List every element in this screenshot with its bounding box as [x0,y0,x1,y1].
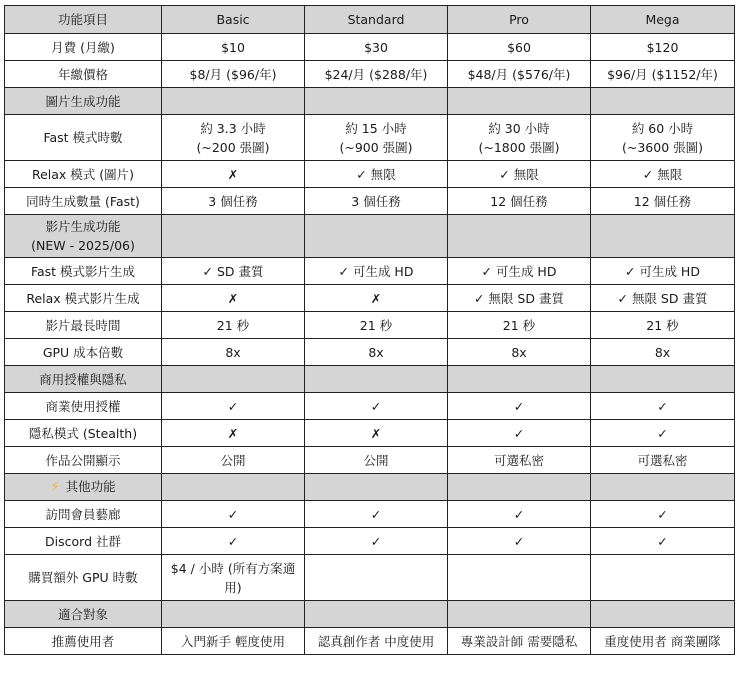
row-label: 推薦使用者 [5,628,162,655]
cell-main: 約 60 小時 [595,119,730,138]
table-row-max-video-length: 影片最長時間 21 秒 21 秒 21 秒 21 秒 [5,312,735,339]
section-empty-cell [448,601,591,628]
section-empty-cell [448,88,591,115]
section-empty-cell [591,366,735,393]
cell-mega: 重度使用者 商業團隊 [591,628,735,655]
section-title: 影片生成功能 [9,217,157,236]
plan-comparison-table: 功能項目 Basic Standard Pro Mega 月費 (月繳) $10… [4,5,735,655]
table-row-extra-gpu-hours: 購買額外 GPU 時數 $4 / 小時 (所有方案適用) [5,555,735,601]
cell-mega: 12 個任務 [591,188,735,215]
table-row-stealth-mode: 隱私模式 (Stealth) ✗ ✗ ✓ ✓ [5,420,735,447]
section-subtitle: (NEW - 2025/06) [9,236,157,255]
section-empty-cell [591,601,735,628]
table-row-relax-video: Relax 模式影片生成 ✗ ✗ ✓ 無限 SD 畫質 ✓ 無限 SD 畫質 [5,285,735,312]
table-row-monthly-fee: 月費 (月繳) $10 $30 $60 $120 [5,34,735,61]
section-empty-cell [305,215,448,258]
section-label: 適合對象 [5,601,162,628]
cell-basic: 21 秒 [162,312,305,339]
cell-basic: ✓ [162,501,305,528]
cell-main: 約 3.3 小時 [166,119,300,138]
section-row-video-generation: 影片生成功能 (NEW - 2025/06) [5,215,735,258]
section-label: ⚡其他功能 [5,474,162,501]
row-label: Fast 模式影片生成 [5,258,162,285]
cell-pro: 12 個任務 [448,188,591,215]
cell-pro [448,555,591,601]
section-label: 圖片生成功能 [5,88,162,115]
row-label: Discord 社群 [5,528,162,555]
cell-standard: ✓ [305,528,448,555]
cell-standard: 3 個任務 [305,188,448,215]
cell-pro: ✓ 可生成 HD [448,258,591,285]
cell-standard: ✓ [305,393,448,420]
table-row-fast-video: Fast 模式影片生成 ✓ SD 畫質 ✓ 可生成 HD ✓ 可生成 HD ✓ … [5,258,735,285]
cell-mega: ✓ [591,393,735,420]
table-row-discord-community: Discord 社群 ✓ ✓ ✓ ✓ [5,528,735,555]
section-empty-cell [305,88,448,115]
section-empty-cell [448,366,591,393]
table-row-relax-image: Relax 模式 (圖片) ✗ ✓ 無限 ✓ 無限 ✓ 無限 [5,161,735,188]
cell-standard: $24/月 ($288/年) [305,61,448,88]
row-label: 訪問會員藝廊 [5,501,162,528]
cell-pro: ✓ [448,393,591,420]
header-feature: 功能項目 [5,6,162,34]
cell-basic: ✓ [162,528,305,555]
row-label: Fast 模式時數 [5,115,162,161]
cell-mega: 8x [591,339,735,366]
cell-mega: ✓ [591,528,735,555]
cell-standard: ✗ [305,285,448,312]
row-label: Relax 模式影片生成 [5,285,162,312]
cell-pro: ✓ 無限 [448,161,591,188]
cell-basic: ✗ [162,161,305,188]
cell-basic: 8x [162,339,305,366]
section-empty-cell [162,601,305,628]
row-label: 隱私模式 (Stealth) [5,420,162,447]
section-row-other-features: ⚡其他功能 [5,474,735,501]
table-row-recommended-users: 推薦使用者 入門新手 輕度使用 認真創作者 中度使用 專業設計師 需要隱私 重度… [5,628,735,655]
cell-mega: ✓ 可生成 HD [591,258,735,285]
section-empty-cell [162,215,305,258]
section-label: 影片生成功能 (NEW - 2025/06) [5,215,162,258]
header-plan-pro: Pro [448,6,591,34]
cell-standard: $30 [305,34,448,61]
cell-mega: $96/月 ($1152/年) [591,61,735,88]
section-empty-cell [448,474,591,501]
table-row-concurrent-jobs: 同時生成數量 (Fast) 3 個任務 3 個任務 12 個任務 12 個任務 [5,188,735,215]
cell-sub: (~3600 張圖) [595,138,730,157]
cell-main: 約 15 小時 [309,119,443,138]
row-label: 年繳價格 [5,61,162,88]
section-empty-cell [591,215,735,258]
cell-mega: 約 60 小時 (~3600 張圖) [591,115,735,161]
cell-mega: ✓ 無限 SD 畫質 [591,285,735,312]
cell-pro: ✓ [448,501,591,528]
cell-pro: $60 [448,34,591,61]
cell-pro: 21 秒 [448,312,591,339]
section-empty-cell [591,88,735,115]
row-label: 購買額外 GPU 時數 [5,555,162,601]
cell-basic: 入門新手 輕度使用 [162,628,305,655]
row-label: Relax 模式 (圖片) [5,161,162,188]
row-label: GPU 成本倍數 [5,339,162,366]
header-plan-mega: Mega [591,6,735,34]
section-title: 其他功能 [66,479,116,494]
cell-pro: $48/月 ($576/年) [448,61,591,88]
cell-basic: $10 [162,34,305,61]
section-empty-cell [162,474,305,501]
cell-standard: 認真創作者 中度使用 [305,628,448,655]
section-empty-cell [162,88,305,115]
row-label: 同時生成數量 (Fast) [5,188,162,215]
cell-standard: 公開 [305,447,448,474]
cell-main: 約 30 小時 [452,119,586,138]
cell-basic: 約 3.3 小時 (~200 張圖) [162,115,305,161]
cell-standard: ✓ [305,501,448,528]
table-header-row: 功能項目 Basic Standard Pro Mega [5,6,735,34]
section-empty-cell [305,474,448,501]
cell-basic: 3 個任務 [162,188,305,215]
cell-sub: (~200 張圖) [166,138,300,157]
lightning-icon: ⚡ [50,480,59,495]
table-row-fast-hours: Fast 模式時數 約 3.3 小時 (~200 張圖) 約 15 小時 (~9… [5,115,735,161]
cell-standard: ✗ [305,420,448,447]
section-row-image-generation: 圖片生成功能 [5,88,735,115]
cell-basic: ✗ [162,420,305,447]
section-empty-cell [162,366,305,393]
section-label: 商用授權與隱私 [5,366,162,393]
cell-standard: ✓ 可生成 HD [305,258,448,285]
row-label: 月費 (月繳) [5,34,162,61]
plan-comparison-table-container: 功能項目 Basic Standard Pro Mega 月費 (月繳) $10… [4,5,735,655]
row-label: 作品公開顯示 [5,447,162,474]
section-row-target-users: 適合對象 [5,601,735,628]
row-label: 商業使用授權 [5,393,162,420]
cell-basic: $4 / 小時 (所有方案適用) [162,555,305,601]
cell-standard [305,555,448,601]
cell-sub: (~900 張圖) [309,138,443,157]
cell-mega: ✓ [591,420,735,447]
cell-mega: 21 秒 [591,312,735,339]
table-row-gpu-multiplier: GPU 成本倍數 8x 8x 8x 8x [5,339,735,366]
cell-pro: ✓ 無限 SD 畫質 [448,285,591,312]
cell-basic: ✓ SD 畫質 [162,258,305,285]
section-empty-cell [305,601,448,628]
cell-mega [591,555,735,601]
row-label: 影片最長時間 [5,312,162,339]
cell-mega: ✓ 無限 [591,161,735,188]
cell-basic: ✓ [162,393,305,420]
cell-basic: ✗ [162,285,305,312]
cell-standard: 21 秒 [305,312,448,339]
table-row-annual-price: 年繳價格 $8/月 ($96/年) $24/月 ($288/年) $48/月 (… [5,61,735,88]
cell-basic: 公開 [162,447,305,474]
header-plan-basic: Basic [162,6,305,34]
table-row-commercial-license: 商業使用授權 ✓ ✓ ✓ ✓ [5,393,735,420]
section-empty-cell [448,215,591,258]
cell-sub: (~1800 張圖) [452,138,586,157]
cell-pro: 8x [448,339,591,366]
cell-pro: ✓ [448,420,591,447]
table-row-member-gallery: 訪問會員藝廊 ✓ ✓ ✓ ✓ [5,501,735,528]
cell-standard: 約 15 小時 (~900 張圖) [305,115,448,161]
cell-standard: ✓ 無限 [305,161,448,188]
cell-basic: $8/月 ($96/年) [162,61,305,88]
header-plan-standard: Standard [305,6,448,34]
cell-pro: 約 30 小時 (~1800 張圖) [448,115,591,161]
cell-mega: 可選私密 [591,447,735,474]
cell-mega: $120 [591,34,735,61]
section-row-licensing-privacy: 商用授權與隱私 [5,366,735,393]
cell-standard: 8x [305,339,448,366]
table-row-public-display: 作品公開顯示 公開 公開 可選私密 可選私密 [5,447,735,474]
section-empty-cell [591,474,735,501]
cell-pro: ✓ [448,528,591,555]
cell-pro: 專業設計師 需要隱私 [448,628,591,655]
cell-mega: ✓ [591,501,735,528]
section-empty-cell [305,366,448,393]
cell-pro: 可選私密 [448,447,591,474]
